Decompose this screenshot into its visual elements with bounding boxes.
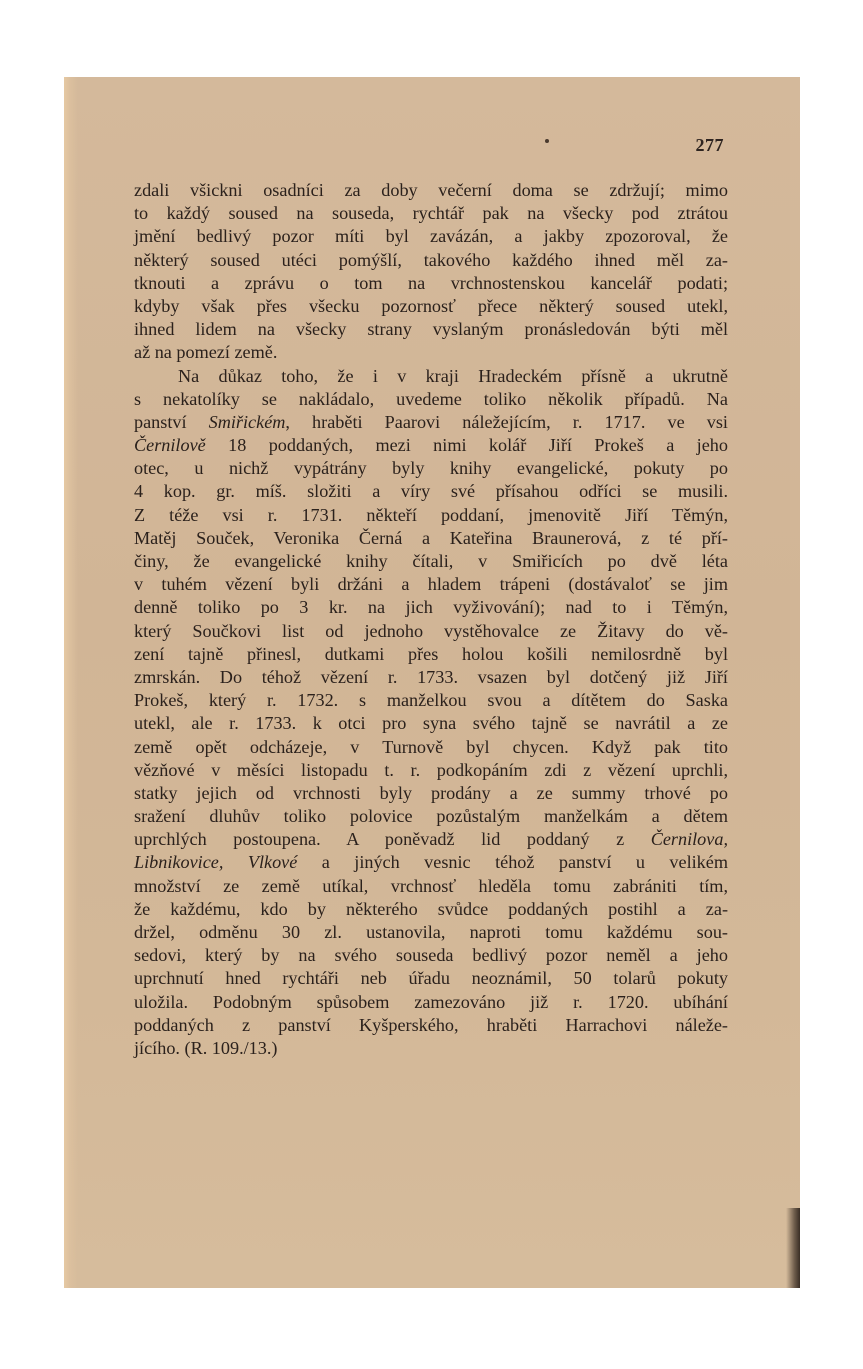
text-line: sražení dluhův toliko polovice pozůstalý…	[134, 805, 728, 828]
text-line: jmění bedlivý pozor míti byl zavázán, a …	[134, 225, 728, 248]
text-line: utekl, ale r. 1733. k otci pro syna svéh…	[134, 712, 728, 735]
text-line: Černilově 18 poddaných, mezi nimi kolář …	[134, 434, 728, 457]
text-line: že každému, kdo by některého svůdce podd…	[134, 898, 728, 921]
text-line: držel, odměnu 30 zl. ustanovila, naproti…	[134, 921, 728, 944]
text-line: to každý soused na souseda, rychtář pak …	[134, 202, 728, 225]
text-line: Prokeš, který r. 1732. s manželkou svou …	[134, 689, 728, 712]
text-line: až na pomezí země.	[134, 341, 728, 364]
text-line: zmrskán. Do téhož vězení r. 1733. vsazen…	[134, 666, 728, 689]
text-line: vězňové v měsíci listopadu t. r. podkopá…	[134, 759, 728, 782]
text-line: jícího. (R. 109./13.)	[134, 1037, 728, 1060]
text-line: Matěj Souček, Veronika Černá a Kateřina …	[134, 527, 728, 550]
text-line: panství Smiřickém, hraběti Paarovi nálež…	[134, 411, 728, 434]
text-line: poddaných z panství Kyšperského, hraběti…	[134, 1014, 728, 1037]
text-line: uložila. Podobným spůsobem zamezováno ji…	[134, 991, 728, 1014]
text-line: tknouti a zprávu o tom na vrchnostenskou…	[134, 272, 728, 295]
text-line: uprchlých postoupena. A poněvadž lid pod…	[134, 828, 728, 851]
text-line: denně toliko po 3 kr. na jich vyživování…	[134, 596, 728, 619]
print-speck	[545, 139, 549, 143]
text-line: kdyby však přes všecku pozornosť přece n…	[134, 295, 728, 318]
text-line: uprchnutí hned rychtáři neb úřadu neozná…	[134, 967, 728, 990]
scanned-book-page: 277 zdali všickni osadníci za doby večer…	[64, 77, 800, 1288]
text-line: Libnikovice, Vlkové a jiných vesnic tého…	[134, 851, 728, 874]
page-number: 277	[696, 135, 725, 156]
text-line: zení tajně přinesl, dutkami přes holou k…	[134, 643, 728, 666]
text-line: statky jejich od vrchnosti byly prodány …	[134, 782, 728, 805]
text-line: ihned lidem na všecky strany vyslaným pr…	[134, 318, 728, 341]
text-line: činy, že evangelické knihy čítali, v Smi…	[134, 550, 728, 573]
italic-place-name: Smiřickém	[209, 412, 286, 432]
body-text: zdali všickni osadníci za doby večerní d…	[134, 179, 728, 1060]
italic-place-name: Černilově	[134, 435, 206, 455]
italic-place-name: Černilova,	[651, 829, 728, 849]
page-edge-shadow	[786, 1208, 800, 1288]
text-line: sedovi, který by na svého souseda bedliv…	[134, 944, 728, 967]
text-line: 4 kop. gr. míš. složiti a víry své přísa…	[134, 480, 728, 503]
text-line: Na důkaz toho, že i v kraji Hradeckém př…	[134, 365, 728, 388]
text-line: některý soused utéci pomýšlí, takového k…	[134, 249, 728, 272]
text-line: země opět odcházeje, v Turnově byl chyce…	[134, 736, 728, 759]
text-line: v tuhém vězení byli držáni a hladem tráp…	[134, 573, 728, 596]
text-line: množství ze země utíkal, vrchnosť hleděl…	[134, 875, 728, 898]
italic-place-name: Libnikovice, Vlkové	[134, 852, 297, 872]
text-line: Z téže vsi r. 1731. někteří poddaní, jme…	[134, 504, 728, 527]
text-line: zdali všickni osadníci za doby večerní d…	[134, 179, 728, 202]
text-line: s nekatolíky se nakládalo, uvedeme tolik…	[134, 388, 728, 411]
text-line: otec, u nichž vypátrány byly knihy evang…	[134, 457, 728, 480]
text-line: který Součkovi list od jednoho vystěhova…	[134, 620, 728, 643]
